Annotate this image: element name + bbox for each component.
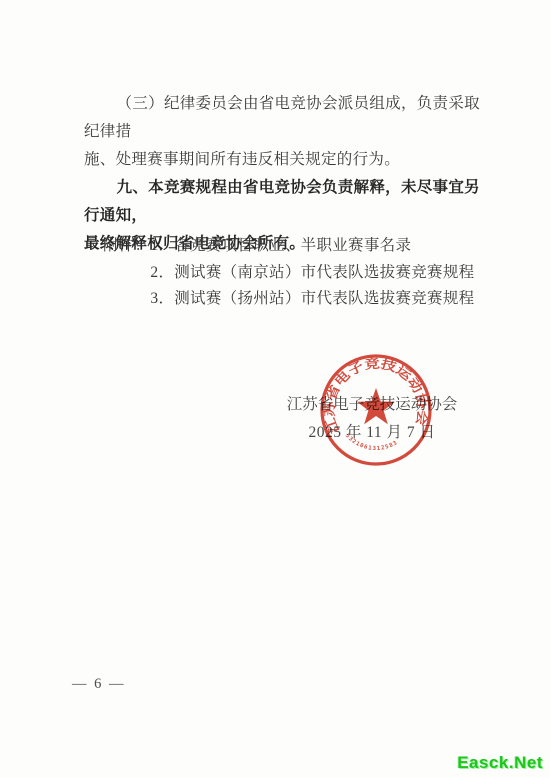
page-number: — 6 — (72, 676, 126, 693)
attachments-list: 1．各竞赛项目职业、半职业赛事名录 2．测试赛（南京站）市代表队选拔赛竞赛规程 … (150, 233, 474, 313)
watermark: Easck.Net (457, 753, 543, 773)
document-page: （三）纪律委员会由省电竞协会派员组成，负责采取纪律措 施、处理赛事期间所有违反相… (0, 0, 550, 778)
attachment-item: 2．测试赛（南京站）市代表队选拔赛竞赛规程 (150, 260, 474, 287)
attachment-item: 1．各竞赛项目职业、半职业赛事名录 (150, 233, 474, 260)
attachment-item: 3．测试赛（扬州站）市代表队选拔赛竞赛规程 (150, 286, 474, 313)
signature-org: 江苏省电子竞技运动协会 (282, 391, 462, 419)
signature-date: 2025 年 11 月 7 日 (282, 419, 462, 447)
attachments-block: 附件： 1．各竞赛项目职业、半职业赛事名录 2．测试赛（南京站）市代表队选拔赛竞… (103, 233, 474, 313)
paragraph-discipline-committee: （三）纪律委员会由省电竞协会派员组成，负责采取纪律措 施、处理赛事期间所有违反相… (84, 90, 492, 174)
signature-block: 江苏省电子竞技运动协会 2025 年 11 月 7 日 (282, 391, 462, 447)
attachments-label: 附件： (103, 233, 150, 260)
